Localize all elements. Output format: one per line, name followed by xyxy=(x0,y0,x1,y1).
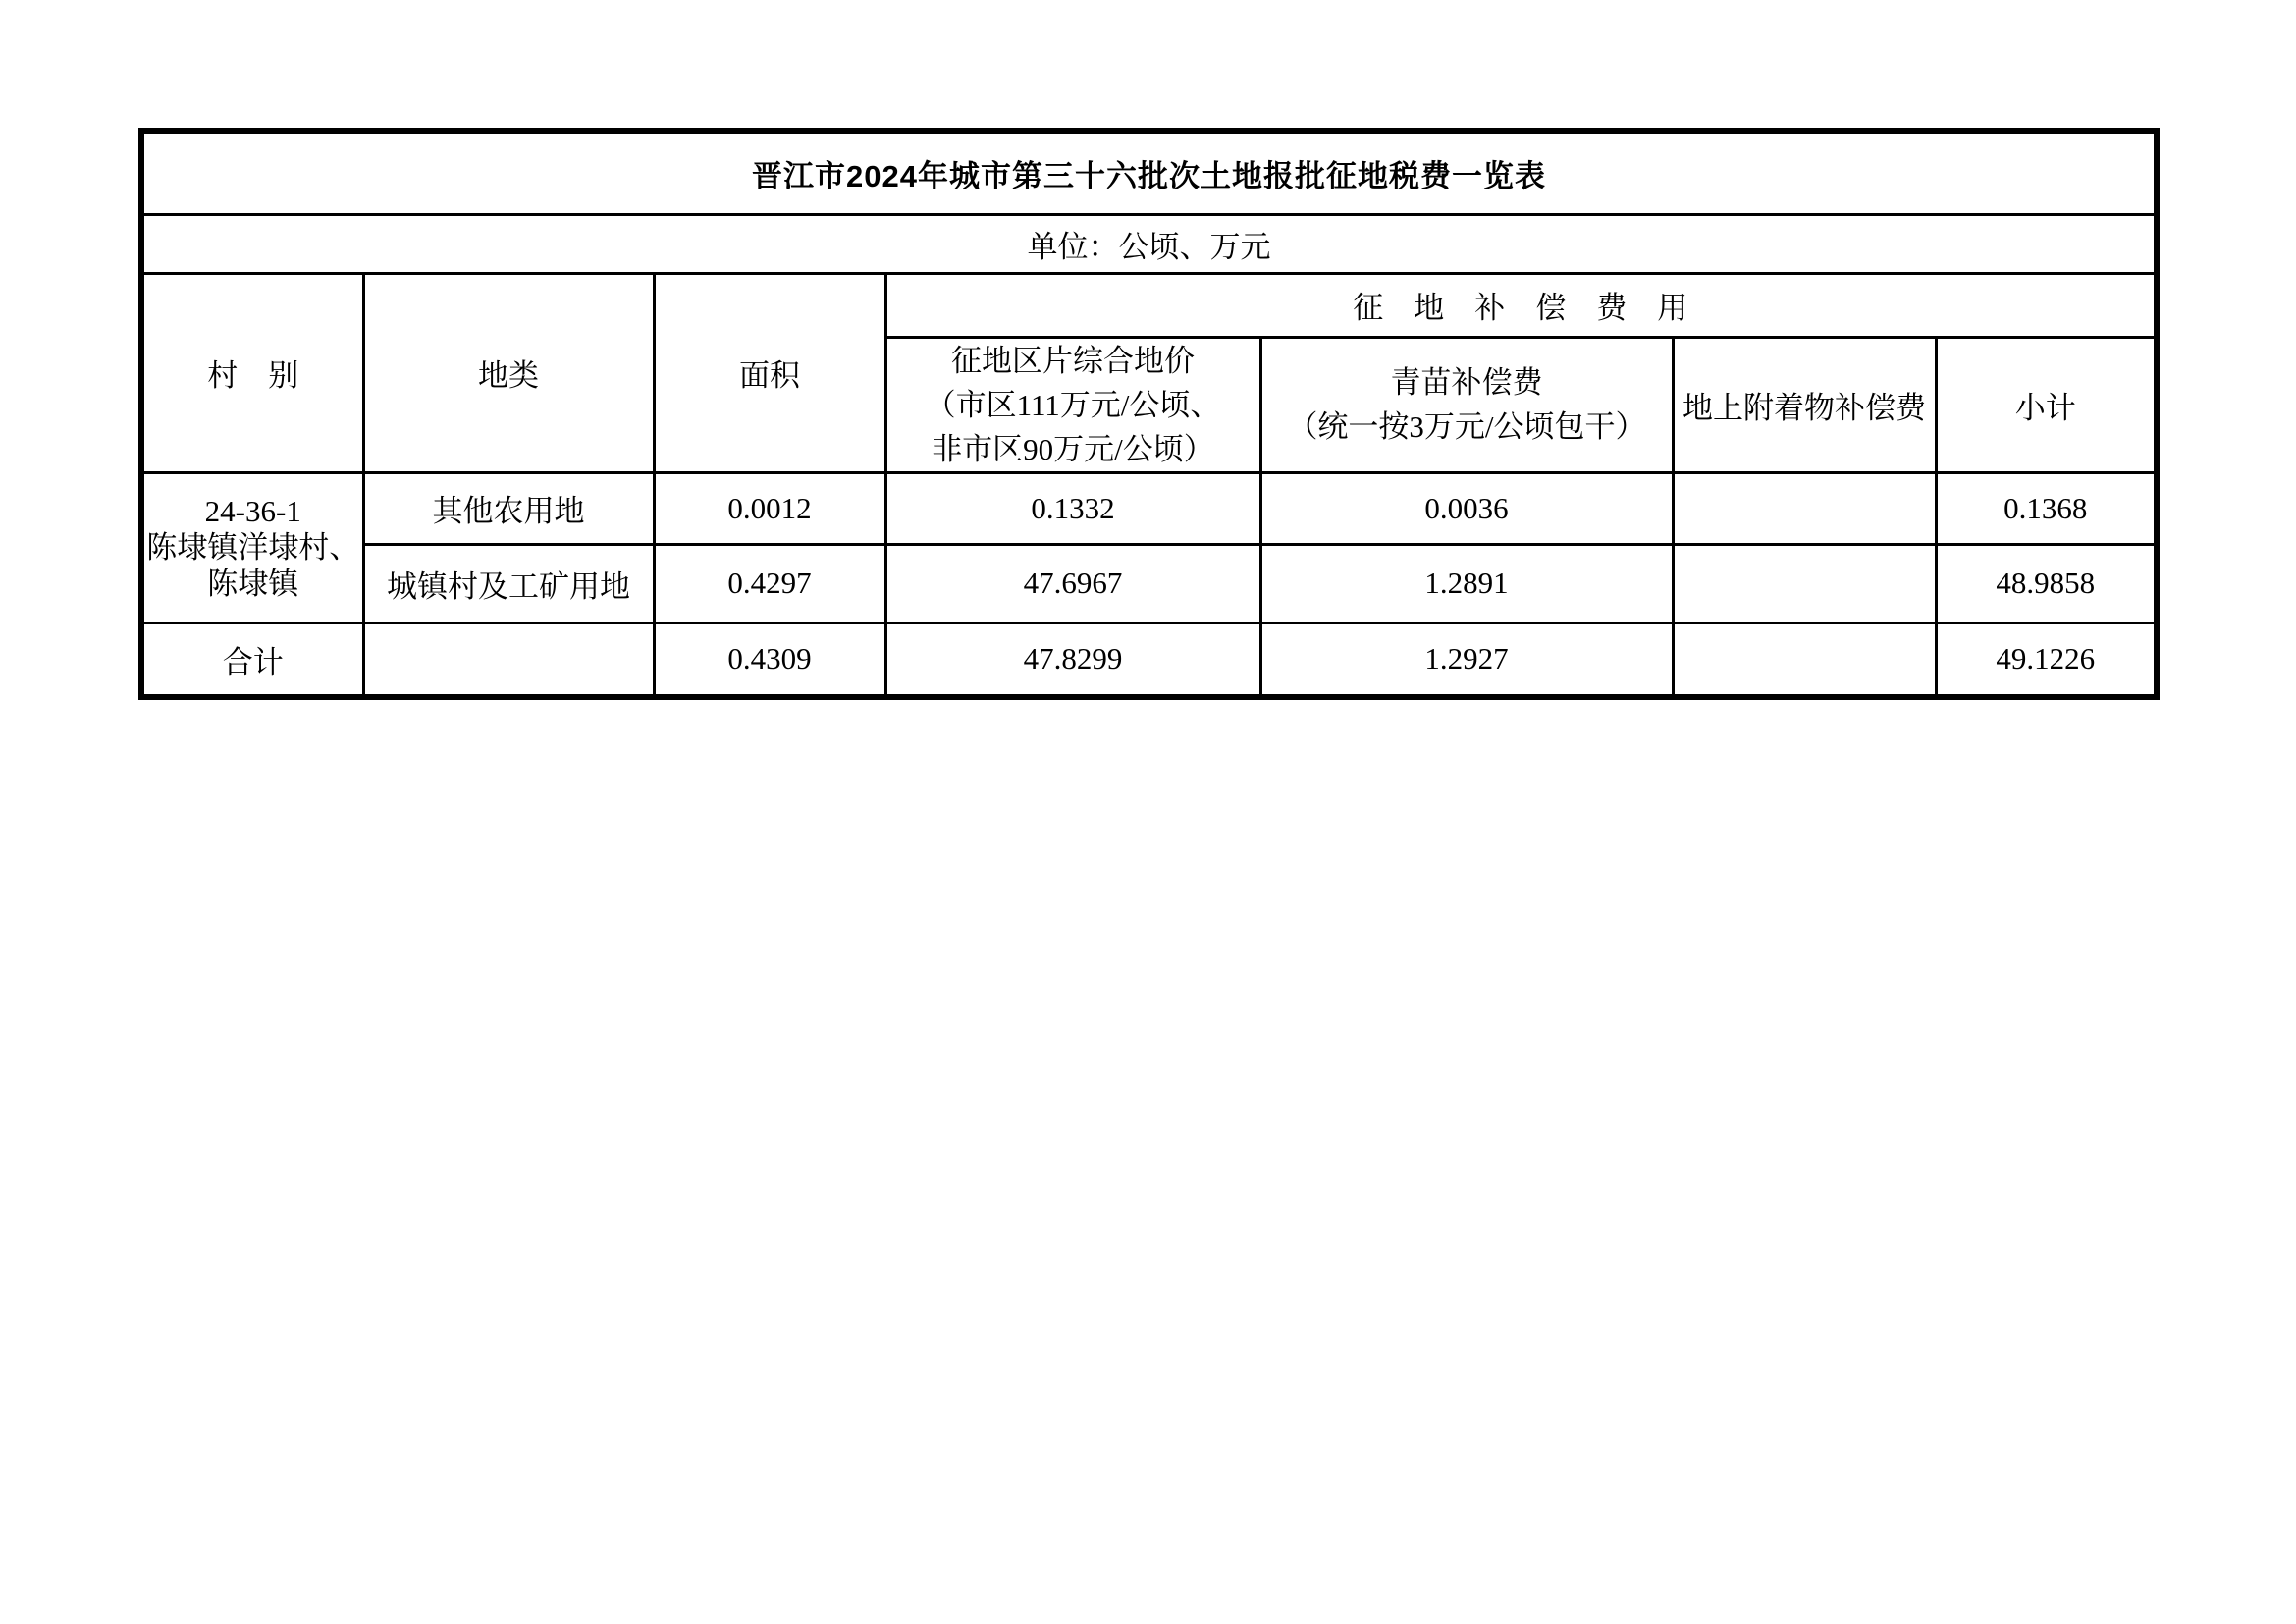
header-seedling-compensation: 青苗补偿费 （统一按3万元/公顷包干） xyxy=(1260,337,1673,472)
total-land-type xyxy=(363,623,654,697)
table-row: 城镇村及工矿用地 0.4297 47.6967 1.2891 48.9858 xyxy=(141,544,2157,623)
row1-seedling: 0.0036 xyxy=(1260,472,1673,544)
row2-attachments xyxy=(1673,544,1936,623)
total-attachments xyxy=(1673,623,1936,697)
village-cell: 24-36-1 陈埭镇洋埭村、 陈埭镇 xyxy=(141,472,363,623)
unit-note: 单位：公顷、万元 xyxy=(141,214,2157,273)
row1-comprehensive-price: 0.1332 xyxy=(885,472,1260,544)
row1-land-type: 其他农用地 xyxy=(363,472,654,544)
row2-comprehensive-price: 47.6967 xyxy=(885,544,1260,623)
row2-seedling: 1.2891 xyxy=(1260,544,1673,623)
total-label: 合计 xyxy=(141,623,363,697)
row2-area: 0.4297 xyxy=(654,544,885,623)
header-land-type: 地类 xyxy=(363,273,654,472)
total-area: 0.4309 xyxy=(654,623,885,697)
header-ground-attachments: 地上附着物补偿费 xyxy=(1673,337,1936,472)
header-village: 村 别 xyxy=(141,273,363,472)
header-subtotal: 小计 xyxy=(1936,337,2157,472)
total-row: 合计 0.4309 47.8299 1.2927 49.1226 xyxy=(141,623,2157,697)
total-comprehensive-price: 47.8299 xyxy=(885,623,1260,697)
document-page: 晋江市2024年城市第三十六批次土地报批征地税费一览表 单位：公顷、万元 村 别… xyxy=(0,0,2296,1624)
header-comprehensive-price-line3: 非市区90万元/公顷） xyxy=(887,427,1259,471)
header-seedling-line1: 青苗补偿费 xyxy=(1262,360,1672,405)
header-seedling-line2: （统一按3万元/公顷包干） xyxy=(1262,405,1672,449)
header-area: 面积 xyxy=(654,273,885,472)
village-code: 24-36-1 xyxy=(144,493,362,529)
village-name-line1: 陈埭镇洋埭村、 xyxy=(144,529,362,566)
total-seedling: 1.2927 xyxy=(1260,623,1673,697)
table-row: 24-36-1 陈埭镇洋埭村、 陈埭镇 其他农用地 0.0012 0.1332 … xyxy=(141,472,2157,544)
row1-subtotal: 0.1368 xyxy=(1936,472,2157,544)
header-comprehensive-price: 征地区片综合地价 （市区111万元/公顷、 非市区90万元/公顷） xyxy=(885,337,1260,472)
header-row-group: 村 别 地类 面积 征 地 补 偿 费 用 xyxy=(141,273,2157,337)
table-title: 晋江市2024年城市第三十六批次土地报批征地税费一览表 xyxy=(141,131,2157,214)
title-row: 晋江市2024年城市第三十六批次土地报批征地税费一览表 xyxy=(141,131,2157,214)
total-subtotal: 49.1226 xyxy=(1936,623,2157,697)
unit-row: 单位：公顷、万元 xyxy=(141,214,2157,273)
tax-fee-table: 晋江市2024年城市第三十六批次土地报批征地税费一览表 单位：公顷、万元 村 别… xyxy=(138,128,2160,700)
row2-subtotal: 48.9858 xyxy=(1936,544,2157,623)
header-comprehensive-price-line2: （市区111万元/公顷、 xyxy=(887,383,1259,427)
row1-attachments xyxy=(1673,472,1936,544)
village-name-line2: 陈埭镇 xyxy=(144,566,362,602)
row1-area: 0.0012 xyxy=(654,472,885,544)
header-comprehensive-price-line1: 征地区片综合地价 xyxy=(887,339,1259,383)
header-compensation-group: 征 地 补 偿 费 用 xyxy=(885,273,2157,337)
row2-land-type: 城镇村及工矿用地 xyxy=(363,544,654,623)
